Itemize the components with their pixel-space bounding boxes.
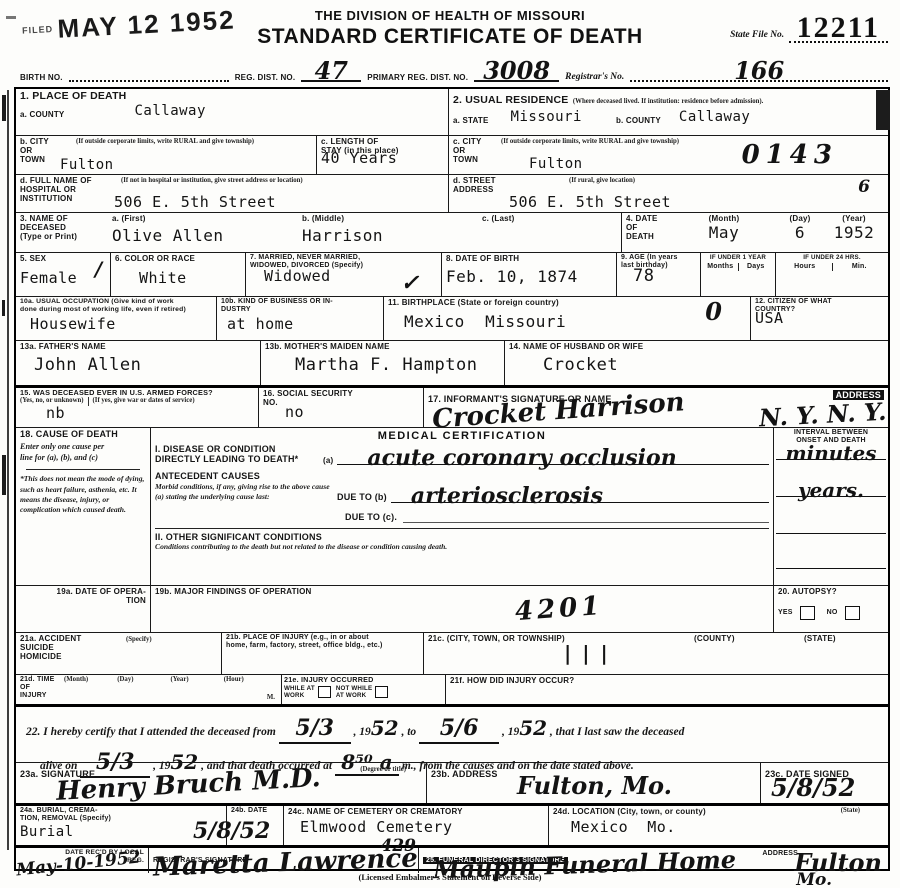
funeral-director-address-label: ADDRESS xyxy=(762,850,798,858)
marital-checkmark: ✓ xyxy=(401,270,419,296)
under-1-year-label: IF UNDER 1 YEAR xyxy=(703,254,773,261)
accident-label: 21a. ACCIDENT SUICIDE HOMICIDE xyxy=(20,634,81,662)
spouse-name-label: 14. NAME OF HUSBAND OR WIFE xyxy=(509,342,884,351)
date-of-operation-label: 19a. DATE OF OPERA- TION xyxy=(20,587,146,605)
due-to-c-label: DUE TO (c). xyxy=(345,512,397,522)
primary-reg-label: PRIMARY REG. DIST. NO. xyxy=(367,73,468,82)
occupation-label: 10a. USUAL OCCUPATION (Give kind of work… xyxy=(20,298,212,314)
field-registrar-signature: REGISTRAR'S SIGNATURE Maretta Lawrence 4… xyxy=(148,848,418,873)
name-of-deceased-label: 3. NAME OF DECEASED (Type or Print) xyxy=(20,214,104,242)
burial-value: Burial xyxy=(20,824,222,840)
pod-county-value: Callaway xyxy=(134,103,205,119)
field-institution: d. FULL NAME OF HOSPITAL OR INSTITUTION … xyxy=(16,175,448,212)
mother-name-label: 13b. MOTHER'S MAIDEN NAME xyxy=(265,342,500,351)
pod-city-label: b. CITY OR TOWN xyxy=(20,137,49,165)
field-time-of-injury: 21d. TIME OF INJURY (Month) (Day) (Year)… xyxy=(16,675,281,704)
dod-day-value: 6 xyxy=(776,223,824,242)
field-interval-column: INTERVAL BETWEEN ONSET AND DEATH minutes… xyxy=(773,428,888,585)
sex-handmark: / xyxy=(95,257,102,281)
field-informant: 17. INFORMANT'S SIGNATURE OR NAME ADDRES… xyxy=(423,388,888,427)
autopsy-yes-checkbox xyxy=(800,606,815,620)
birthplace-handmark: 0 xyxy=(705,297,722,326)
row-1: 1. PLACE OF DEATH a. COUNTY Callaway 2. … xyxy=(16,89,888,135)
cause-a-tag: (a) xyxy=(323,456,333,465)
field-birthplace: 11. BIRTHPLACE (State or foreign country… xyxy=(383,297,750,340)
row-6: 10a. USUAL OCCUPATION (Give kind of work… xyxy=(16,296,888,340)
row-signature: 23a. SIGNATURE (Degree or title) Henry B… xyxy=(16,762,888,803)
place-of-death-title: 1. PLACE OF DEATH xyxy=(20,90,444,102)
field-accident-suicide: 21a. ACCIDENT SUICIDE HOMICIDE (Specify) xyxy=(16,633,221,674)
footer: (Licensed Embalmer's Statement on Revers… xyxy=(0,872,900,882)
cemetery-label: 24c. NAME OF CEMETERY OR CREMATORY xyxy=(288,807,544,816)
row-5: 5. SEX Female / 6. COLOR OR RACE White 7… xyxy=(16,252,888,296)
autopsy-no-checkbox xyxy=(845,606,860,620)
age-hours-label: Hours xyxy=(778,263,832,271)
field-injury-location: 21c. (CITY, TOWN, OR TOWNSHIP) (COUNTY) … xyxy=(423,633,888,674)
burial-date-value: 5/8/52 xyxy=(193,818,270,844)
injury-county-label: (COUNTY) xyxy=(694,634,804,643)
disease-condition-label: I. DISEASE OR CONDITION DIRECTLY LEADING… xyxy=(155,444,323,465)
certify-p1: 22. I hereby certify that I attended the… xyxy=(26,726,276,738)
cause-footnote: *This does not mean the mode of dying, s… xyxy=(20,474,146,515)
field-date-received: DATE REC'D BY LOCAL REG. May-10-1952 xyxy=(16,848,148,873)
field-under-24-hrs: IF UNDER 24 HRS. Hours Min. xyxy=(775,253,888,296)
burial-date-label: 24b. DATE xyxy=(231,807,279,815)
row-injury-1: 21a. ACCIDENT SUICIDE HOMICIDE (Specify)… xyxy=(16,632,888,674)
field-cemetery-location: 24d. LOCATION (City, town, or county) (S… xyxy=(548,806,888,845)
while-at-work-checkbox xyxy=(318,686,331,698)
field-burial-date: 24b. DATE 5/8/52 xyxy=(226,806,283,845)
row-injury-2: 21d. TIME OF INJURY (Month) (Day) (Year)… xyxy=(16,674,888,704)
pod-county-label: a. COUNTY xyxy=(20,110,64,119)
age-min-label: Min. xyxy=(832,263,887,271)
field-certify-statement: 22. I hereby certify that I attended the… xyxy=(16,707,888,762)
filed-stamp: FILED MAY 12 1952 xyxy=(21,4,236,46)
dod-day-col: (Day) 6 xyxy=(776,214,824,242)
dod-month-label: (Month) xyxy=(672,214,776,223)
not-while-at-work-label: NOT WHILE AT WORK xyxy=(336,685,373,699)
certificate-title: STANDARD CERTIFICATE OF DEATH xyxy=(250,25,650,49)
field-name-middle: b. (Middle) Harrison xyxy=(298,213,478,252)
field-ur-city: c. CITY OR TOWN (If outside corporate li… xyxy=(448,136,888,174)
citizen-value: USA xyxy=(755,309,884,327)
pod-city-note: (If outside corporate limits, write RURA… xyxy=(76,138,276,146)
sex-value: Female xyxy=(20,269,106,287)
filed-stamp-date: MAY 12 1952 xyxy=(57,4,236,43)
field-occupation: 10a. USUAL OCCUPATION (Give kind of work… xyxy=(16,297,216,340)
cemetery-state-note: (State) xyxy=(841,807,860,816)
toi-m-label: M. xyxy=(267,694,275,702)
field-cause-of-death-sidebar: 18. CAUSE OF DEATH Enter only one cause … xyxy=(16,428,150,585)
autopsy-yes-label: YES xyxy=(778,609,793,617)
race-value: White xyxy=(139,269,241,287)
scan-mark-3 xyxy=(2,455,6,495)
armed-forces-note2: (If yes, give war or dates of service) xyxy=(88,397,195,405)
dob-label: 8. DATE OF BIRTH xyxy=(446,254,612,263)
reg-dist-blank: 47 xyxy=(301,62,361,82)
field-date-of-death: 4. DATE OF DEATH (Month) May (Day) 6 (Ye… xyxy=(621,213,888,252)
field-pod-city: b. CITY OR TOWN (If outside corporate li… xyxy=(16,136,316,174)
registrars-no-label: Registrar's No. xyxy=(565,72,624,82)
registrar-number-handmark: 429 xyxy=(381,836,417,856)
physician-address-label: 23b. ADDRESS xyxy=(431,769,498,779)
cause-of-death-title: 18. CAUSE OF DEATH xyxy=(20,429,146,439)
length-of-stay-value: 40 Years xyxy=(321,149,397,167)
toi-month-label: (Month) xyxy=(64,676,117,684)
toi-year-label: (Year) xyxy=(171,676,224,684)
usual-residence-note: (Where deceased lived. If institution: r… xyxy=(573,98,764,105)
burial-label: 24a. BURIAL, CREMA- TION, REMOVAL (Speci… xyxy=(20,807,222,823)
field-medical-certification: MEDICAL CERTIFICATION I. DISEASE OR COND… xyxy=(150,428,773,585)
division-title: THE DIVISION OF HEALTH OF MISSOURI xyxy=(250,8,650,23)
how-injury-occurred-label: 21f. HOW DID INJURY OCCUR? xyxy=(450,676,884,685)
certify-from-year: 52 xyxy=(371,716,399,740)
business-value: at home xyxy=(227,315,379,333)
while-at-work-label: WHILE AT WORK xyxy=(284,685,315,699)
reg-dist-number: 47 xyxy=(315,56,348,85)
certify-to-year: 52 xyxy=(519,716,547,740)
dod-month-value: May xyxy=(672,223,776,242)
ur-state-label: a. STATE xyxy=(453,116,489,125)
toi-day-label: (Day) xyxy=(117,676,170,684)
armed-forces-label: 15. WAS DECEASED EVER IN U.S. ARMED FORC… xyxy=(20,389,254,397)
field-name-first: a. (First) Olive Allen xyxy=(108,213,298,252)
field-length-of-stay: c. LENGTH OF STAY (in this place) 40 Yea… xyxy=(316,136,448,174)
scan-mark-4 xyxy=(6,16,16,19)
certify-p4: , 19 xyxy=(502,726,519,738)
dod-month-col: (Month) May xyxy=(672,214,776,242)
field-under-1-year: IF UNDER 1 YEAR Months Days xyxy=(700,253,775,296)
street-address-label: d. STREET ADDRESS xyxy=(453,176,496,194)
row-8: 15. WAS DECEASED EVER IN U.S. ARMED FORC… xyxy=(16,385,888,427)
ur-city-handwritten-code: 0143 xyxy=(742,140,838,170)
state-file-box: State File No. 12211 xyxy=(673,14,888,43)
certify-p5: , that I last saw the deceased xyxy=(550,726,685,738)
state-file-label: State File No. xyxy=(730,30,784,40)
field-marital-status: 7. MARRIED, NEVER MARRIED, WIDOWED, DIVO… xyxy=(245,253,441,296)
place-of-injury-label: 21b. PLACE OF INJURY (e.g., in or about … xyxy=(226,634,419,650)
certify-to-blank: 5/6 xyxy=(419,728,499,744)
business-label: 10b. KIND OF BUSINESS OR IN- DUSTRY xyxy=(221,298,379,314)
field-major-findings: 19b. MAJOR FINDINGS OF OPERATION 4201 xyxy=(150,586,773,632)
ur-county-label: b. COUNTY xyxy=(616,116,661,125)
pod-city-value: Fulton xyxy=(60,157,114,173)
autopsy-label: 20. AUTOPSY? xyxy=(778,587,884,596)
name-last-label: c. (Last) xyxy=(482,214,617,223)
antecedent-causes-label: ANTECEDENT CAUSES xyxy=(155,471,769,481)
accident-specify-note: (Specify) xyxy=(126,636,152,644)
ur-city-note: (If outside corporate limits, write RURA… xyxy=(501,138,761,146)
header-line-2: BIRTH NO. REG. DIST. NO. 47 PRIMARY REG.… xyxy=(20,62,888,82)
time-of-injury-label: 21d. TIME OF INJURY xyxy=(20,676,64,700)
field-age: 9. AGE (In years last birthday) 78 xyxy=(616,253,700,296)
dod-year-value: 1952 xyxy=(824,223,884,242)
cause-b-value: arteriosclerosis xyxy=(411,483,603,509)
morbid-conditions-note: Morbid conditions, if any, giving rise t… xyxy=(155,482,333,503)
field-father-name: 13a. FATHER'S NAME John Allen xyxy=(16,341,260,385)
field-armed-forces: 15. WAS DECEASED EVER IN U.S. ARMED FORC… xyxy=(16,388,258,427)
father-name-value: John Allen xyxy=(34,355,256,375)
occupation-value: Housewife xyxy=(30,315,212,333)
primary-reg-blank: 3008 xyxy=(474,62,559,82)
field-citizen: 12. CITIZEN OF WHAT COUNTRY? USA xyxy=(750,297,888,340)
physician-signature-value: Henry Bruch M.D. xyxy=(55,763,321,807)
row-operation: 19a. DATE OF OPERA- TION 19b. MAJOR FIND… xyxy=(16,585,888,632)
certify-p3: , to xyxy=(401,726,416,738)
ur-city-value: Fulton xyxy=(529,156,583,172)
institution-note: (If not in hospital or institution, give… xyxy=(121,177,421,185)
interval-b-value: years. xyxy=(798,478,864,502)
autopsy-no-label: NO xyxy=(827,609,838,617)
dod-year-label: (Year) xyxy=(824,214,884,223)
dob-value: Feb. 10, 1874 xyxy=(446,267,612,286)
field-ssn: 16. SOCIAL SECURITY NO. no xyxy=(258,388,423,427)
street-address-handmark: 6 xyxy=(858,177,870,197)
embalmer-statement-note: (Licensed Embalmer's Statement on Revers… xyxy=(359,872,542,882)
footer-corner-handmark: Mo. xyxy=(796,870,832,888)
row-2: b. CITY OR TOWN (If outside corporate li… xyxy=(16,135,888,174)
injury-location-handmarks: | | | xyxy=(564,641,610,665)
field-name-title: 3. NAME OF DECEASED (Type or Print) xyxy=(16,213,108,252)
age-days-label: Days xyxy=(738,263,774,271)
usual-residence-title: 2. USUAL RESIDENCE xyxy=(453,94,568,106)
scan-mark-2 xyxy=(2,300,5,316)
row-7: 13a. FATHER'S NAME John Allen 13b. MOTHE… xyxy=(16,340,888,385)
cemetery-value: Elmwood Cemetery xyxy=(300,818,544,836)
race-label: 6. COLOR OR RACE xyxy=(115,254,241,263)
field-date-of-operation: 19a. DATE OF OPERA- TION xyxy=(16,586,150,632)
cause-a-value: acute coronary occlusion xyxy=(367,445,676,471)
injury-occurred-label: 21e. INJURY OCCURRED xyxy=(284,676,443,684)
field-business: 10b. KIND OF BUSINESS OR IN- DUSTRY at h… xyxy=(216,297,383,340)
cause-rule-text: Enter only one cause per line for (a), (… xyxy=(20,441,146,463)
injury-state-label: (STATE) xyxy=(804,634,884,643)
certify-from-blank: 5/3 xyxy=(279,728,351,744)
armed-forces-value: nb xyxy=(46,404,254,422)
name-middle-label: b. (Middle) xyxy=(302,214,474,223)
dod-day-label: (Day) xyxy=(776,214,824,223)
institution-label: d. FULL NAME OF HOSPITAL OR INSTITUTION xyxy=(20,176,92,204)
field-name-last: c. (Last) xyxy=(478,213,621,252)
birth-no-label: BIRTH NO. xyxy=(20,73,63,82)
header-center: THE DIVISION OF HEALTH OF MISSOURI STAND… xyxy=(250,8,650,49)
row-medical: 18. CAUSE OF DEATH Enter only one cause … xyxy=(16,427,888,585)
name-first-label: a. (First) xyxy=(112,214,294,223)
scan-mark-1 xyxy=(2,95,6,121)
certify-to-date: 5/6 xyxy=(440,710,479,747)
reg-dist-label: REG. DIST. NO. xyxy=(235,73,296,82)
birth-no-blank xyxy=(69,62,229,82)
field-date-of-birth: 8. DATE OF BIRTH Feb. 10, 1874 xyxy=(441,253,616,296)
date-signed-value: 5/8/52 xyxy=(771,773,855,802)
row-burial: 24a. BURIAL, CREMA- TION, REMOVAL (Speci… xyxy=(16,803,888,845)
primary-reg-number: 3008 xyxy=(483,56,550,85)
row-4: 3. NAME OF DECEASED (Type or Print) a. (… xyxy=(16,212,888,252)
death-certificate-page: FILED MAY 12 1952 THE DIVISION OF HEALTH… xyxy=(0,0,900,888)
ssn-value: no xyxy=(285,403,419,421)
ur-city-label: c. CITY OR TOWN xyxy=(453,137,482,165)
father-name-label: 13a. FATHER'S NAME xyxy=(20,342,256,351)
row-certify: 22. I hereby certify that I attended the… xyxy=(16,704,888,762)
injury-city-label: 21c. (CITY, TOWN, OR TOWNSHIP) xyxy=(428,634,694,643)
field-physician-address: 23b. ADDRESS Fulton, Mo. xyxy=(426,763,760,803)
due-to-b-label: DUE TO (b) xyxy=(337,492,387,502)
other-conditions-label: II. OTHER SIGNIFICANT CONDITIONS xyxy=(155,532,769,542)
mother-name-value: Martha F. Hampton xyxy=(295,355,500,375)
field-place-of-death: 1. PLACE OF DEATH a. COUNTY Callaway xyxy=(16,89,448,135)
under-24-hrs-label: IF UNDER 24 HRS. xyxy=(778,254,886,261)
certify-p2: , 19 xyxy=(354,726,371,738)
field-spouse-name: 14. NAME OF HUSBAND OR WIFE Crocket xyxy=(504,341,888,385)
other-conditions-note: Conditions contributing to the death but… xyxy=(155,542,465,552)
birthplace-label: 11. BIRTHPLACE (State or foreign country… xyxy=(388,298,746,307)
cemetery-location-label: 24d. LOCATION (City, town, or county) xyxy=(553,807,841,816)
street-address-note: (If rural, give location) xyxy=(569,177,635,185)
date-of-death-label: 4. DATE OF DEATH xyxy=(626,214,672,242)
cemetery-location-value: Mexico Mo. xyxy=(571,818,884,836)
field-how-injury-occurred: 21f. HOW DID INJURY OCCUR? xyxy=(445,675,888,704)
field-mother-name: 13b. MOTHER'S MAIDEN NAME Martha F. Hamp… xyxy=(260,341,504,385)
interval-a-value: minutes xyxy=(785,441,876,465)
field-physician-signature: 23a. SIGNATURE (Degree or title) Henry B… xyxy=(16,763,426,803)
field-sex: 5. SEX Female / xyxy=(16,253,110,296)
certify-from-date: 5/3 xyxy=(295,710,334,747)
sex-label: 5. SEX xyxy=(20,254,106,263)
registrars-number: 166 xyxy=(734,56,784,85)
degree-or-title-note: (Degree or title) xyxy=(360,766,406,774)
ur-state-value: Missouri xyxy=(511,109,582,125)
major-findings-handmark: 4201 xyxy=(514,591,604,627)
age-months-label: Months xyxy=(703,263,738,271)
medical-certification-header: MEDICAL CERTIFICATION xyxy=(155,430,769,442)
field-place-of-injury: 21b. PLACE OF INJURY (e.g., in or about … xyxy=(221,633,423,674)
major-findings-label: 19b. MAJOR FINDINGS OF OPERATION xyxy=(155,587,769,596)
street-address-value: 506 E. 5th Street xyxy=(509,193,671,211)
dod-year-col: (Year) 1952 xyxy=(824,214,884,242)
row-3: d. FULL NAME OF HOSPITAL OR INSTITUTION … xyxy=(16,174,888,212)
toi-hour-label: (Hour) xyxy=(224,676,277,684)
not-while-at-work-checkbox xyxy=(375,686,388,698)
field-usual-residence: 2. USUAL RESIDENCE (Where deceased lived… xyxy=(448,89,888,135)
filed-stamp-prefix: FILED xyxy=(22,24,53,36)
scan-edge-line xyxy=(7,90,9,850)
certificate-form: 1. PLACE OF DEATH a. COUNTY Callaway 2. … xyxy=(14,87,890,871)
institution-value: 506 E. 5th Street xyxy=(114,193,276,211)
physician-address-value: Fulton, Mo. xyxy=(517,771,672,800)
row-registrar: DATE REC'D BY LOCAL REG. May-10-1952 REG… xyxy=(16,845,888,873)
name-middle-value: Harrison xyxy=(302,226,474,245)
name-first-value: Olive Allen xyxy=(112,226,294,245)
birthplace-value: Mexico Missouri xyxy=(404,312,746,331)
ur-county-value: Callaway xyxy=(679,109,750,125)
field-street-address: d. STREET ADDRESS (If rural, give locati… xyxy=(448,175,888,212)
field-autopsy: 20. AUTOPSY? YES NO xyxy=(773,586,888,632)
field-race: 6. COLOR OR RACE White xyxy=(110,253,245,296)
field-date-signed: 23c. DATE SIGNED 5/8/52 xyxy=(760,763,888,803)
registrars-no-blank: 166 xyxy=(630,62,888,82)
state-file-number: 12211 xyxy=(789,14,888,43)
spouse-name-value: Crocket xyxy=(543,355,884,375)
field-injury-occurred: 21e. INJURY OCCURRED WHILE AT WORK NOT W… xyxy=(281,675,445,704)
scan-blob-top-right xyxy=(876,90,890,130)
